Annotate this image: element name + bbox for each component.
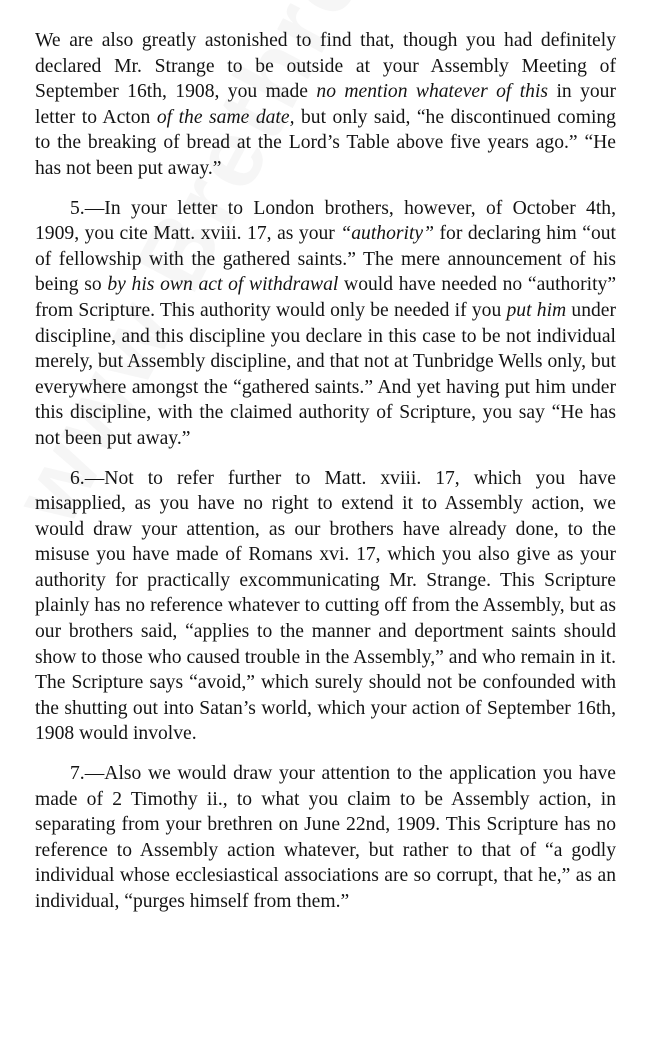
italic-segment: of the same date,	[157, 107, 295, 128]
italic-segment: put him	[507, 300, 567, 321]
italic-segment: “authority”	[340, 223, 434, 244]
italic-segment: by his own act of withdrawal	[107, 274, 338, 295]
text-segment: —Not to refer further to Matt. xviii. 17…	[35, 468, 616, 745]
paragraph-6: 6.—Not to refer further to Matt. xviii. …	[35, 466, 616, 748]
paragraph-number: 7.	[70, 763, 85, 784]
text-segment: —Also we would draw your attention to th…	[35, 763, 616, 912]
paragraph-intro: We are also greatly astonished to find t…	[35, 28, 616, 182]
paragraph-number: 6.	[70, 468, 85, 489]
paragraph-7: 7.—Also we would draw your attention to …	[35, 761, 616, 915]
italic-segment: no mention whatever of this	[316, 81, 548, 102]
text-segment: under discipline, and this discipline yo…	[35, 300, 616, 449]
paragraph-5: 5.—In your letter to London brothers, ho…	[35, 196, 616, 452]
document-page: We are also greatly astonished to find t…	[35, 28, 616, 929]
paragraph-number: 5.	[70, 198, 85, 219]
